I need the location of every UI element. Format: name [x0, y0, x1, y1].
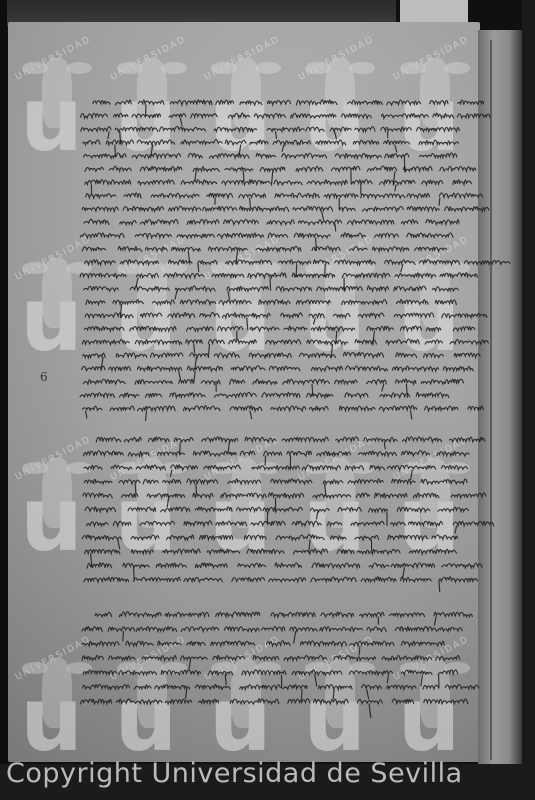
handwritten-line: [82, 641, 444, 655]
handwritten-line: [84, 479, 467, 496]
handwritten-line: [83, 352, 481, 369]
handwritten-line: [85, 180, 472, 195]
handwritten-line: [80, 392, 449, 397]
handwritten-line: [83, 493, 486, 510]
handwritten-line: [87, 521, 494, 533]
handwritten-line: [82, 655, 460, 668]
handwritten-line: [87, 563, 482, 580]
handwritten-line: [84, 577, 478, 592]
handwritten-line: [81, 699, 468, 718]
handwritten-line: [93, 100, 484, 115]
handwritten-line: [81, 113, 491, 126]
handwritten-line: [84, 465, 468, 480]
handwritten-line: [85, 313, 487, 330]
handwritten-line: [95, 612, 472, 625]
handwritten-line: [96, 437, 485, 454]
handwritten-line: [81, 126, 460, 143]
margin-note: 6: [40, 370, 48, 384]
copyright-watermark: Copyright Universidad de Sevilla: [6, 758, 463, 789]
handwritten-line: [82, 206, 489, 220]
handwritten-line: [83, 406, 483, 421]
handwriting-layer: [0, 0, 535, 800]
handwritten-line: [83, 684, 479, 699]
handwritten-line: [82, 535, 457, 552]
handwritten-line: [86, 193, 483, 209]
handwritten-line: [84, 219, 459, 231]
handwritten-line: [84, 153, 457, 172]
handwritten-line: [85, 549, 457, 568]
